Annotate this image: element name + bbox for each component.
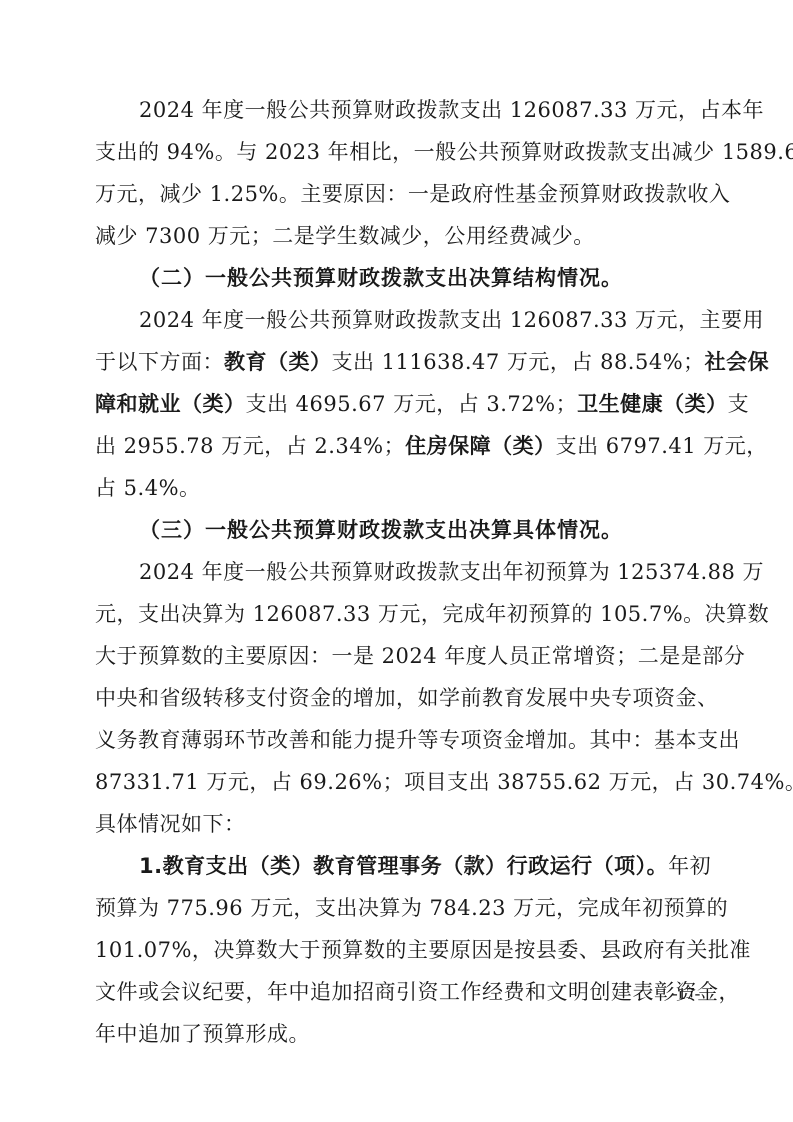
category-housing: 住房保障（类） (405, 434, 556, 458)
text-line: 2024 年度一般公共预算财政拨款支出 126087.33 万元，占本年 (95, 89, 707, 131)
section-heading-structure: （二）一般公共预算财政拨款支出决算结构情况。 (95, 257, 707, 299)
section-heading-details: （三）一般公共预算财政拨款支出决算具体情况。 (95, 509, 707, 551)
text-line: 义务教育薄弱环节改善和能力提升等专项资金增加。其中：基本支出 (95, 719, 707, 761)
page-number: -17- (672, 984, 700, 1004)
text-line: 占 5.4%。 (95, 467, 707, 509)
text-run: 支出 111638.47 万元，占 88.54%； (332, 350, 705, 374)
text-run: 支出 6797.41 万元， (556, 434, 768, 458)
text-line: 87331.71 万元，占 69.26%；项目支出 38755.62 万元，占 … (95, 761, 707, 803)
text-run: 支 (728, 392, 750, 416)
text-line: 具体情况如下： (95, 803, 707, 845)
category-health: 卫生健康（类） (577, 392, 728, 416)
document-page: 2024 年度一般公共预算财政拨款支出 126087.33 万元，占本年 支出的… (95, 89, 707, 1055)
text-line: 大于预算数的主要原因：一是 2024 年度人员正常增资；二是是部分 (95, 635, 707, 677)
category-education: 教育（类） (224, 350, 332, 374)
text-line: 元，支出决算为 126087.33 万元，完成年初预算的 105.7%。决算数 (95, 593, 707, 635)
text-line: 中央和省级转移支付资金的增加，如学前教育发展中央专项资金、 (95, 677, 707, 719)
text-line: 减少 7300 万元；二是学生数减少，公用经费减少。 (95, 215, 707, 257)
text-line: 文件或会议纪要，年中追加招商引资工作经费和文明创建表彰资金， (95, 971, 707, 1013)
category-social-security: 社会保 (705, 350, 770, 374)
item-heading: 1.教育支出（类）教育管理事务（款）行政运行（项）。 (139, 854, 668, 878)
text-line: 2024 年度一般公共预算财政拨款支出 126087.33 万元，主要用 (95, 299, 707, 341)
text-line: 万元，减少 1.25%。主要原因：一是政府性基金预算财政拨款收入 (95, 173, 707, 215)
text-line: 101.07%，决算数大于预算数的主要原因是按县委、县政府有关批准 (95, 929, 707, 971)
paragraph-expenditure-details: 2024 年度一般公共预算财政拨款支出年初预算为 125374.88 万 元，支… (95, 551, 707, 845)
text-line: 2024 年度一般公共预算财政拨款支出年初预算为 125374.88 万 (95, 551, 707, 593)
text-run: 支出 4695.67 万元，占 3.72%； (246, 392, 578, 416)
paragraph-expenditure-structure: 2024 年度一般公共预算财政拨款支出 126087.33 万元，主要用 于以下… (95, 299, 707, 509)
paragraph-item-admin-operation: 1.教育支出（类）教育管理事务（款）行政运行（项）。年初 预算为 775.96 … (95, 845, 707, 1055)
text-line: 年中追加了预算形成。 (95, 1013, 707, 1055)
category-social-security-cont: 障和就业（类） (95, 392, 246, 416)
text-line: 出 2955.78 万元，占 2.34%；住房保障（类）支出 6797.41 万… (95, 425, 707, 467)
text-line: 支出的 94%。与 2023 年相比，一般公共预算财政拨款支出减少 1589.6 (95, 131, 707, 173)
paragraph-expenditure-overview: 2024 年度一般公共预算财政拨款支出 126087.33 万元，占本年 支出的… (95, 89, 707, 257)
text-run: 年初 (668, 854, 711, 878)
text-run: 于以下方面： (95, 350, 224, 374)
text-line: 于以下方面：教育（类）支出 111638.47 万元，占 88.54%；社会保 (95, 341, 707, 383)
text-line: 1.教育支出（类）教育管理事务（款）行政运行（项）。年初 (95, 845, 707, 887)
text-run: 出 2955.78 万元，占 2.34%； (95, 434, 405, 458)
text-line: 障和就业（类）支出 4695.67 万元，占 3.72%；卫生健康（类）支 (95, 383, 707, 425)
text-line: 预算为 775.96 万元，支出决算为 784.23 万元，完成年初预算的 (95, 887, 707, 929)
